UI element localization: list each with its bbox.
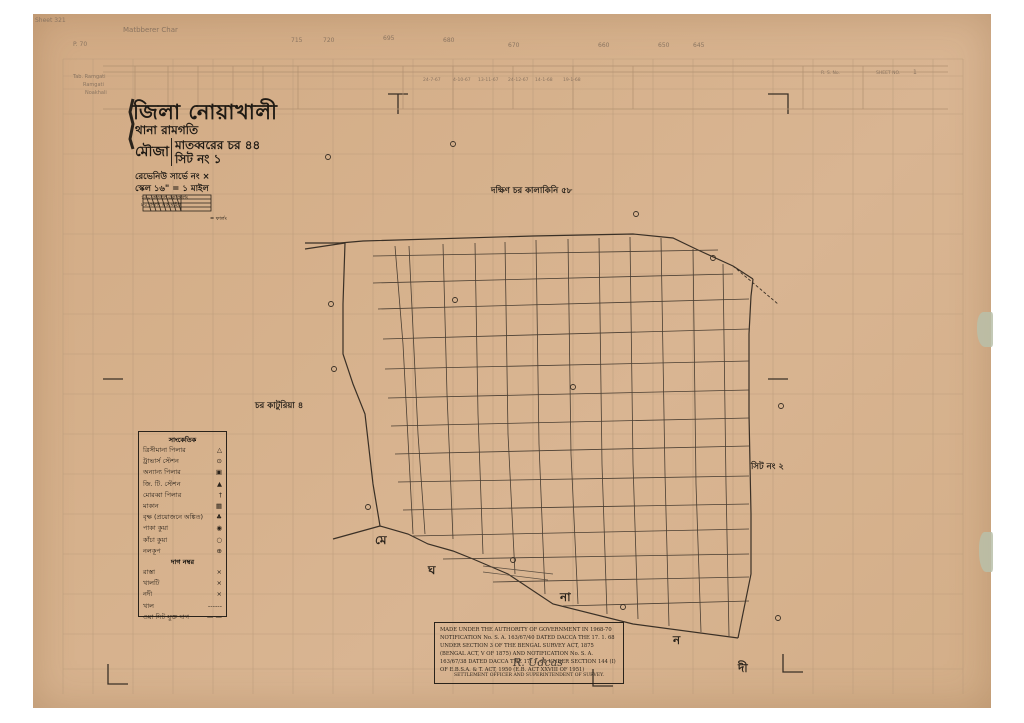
mouza-label: মৌজা bbox=[135, 140, 169, 164]
legend-item: মোরব্বা পিলার† bbox=[143, 490, 222, 501]
header-col-number: 715 bbox=[291, 37, 302, 44]
tubewell-icon: ⊕ bbox=[217, 546, 222, 557]
legend-item: মাকান▦ bbox=[143, 501, 222, 512]
header-entry: 24-7-67 bbox=[423, 78, 441, 83]
kutcha-well-icon: ○ bbox=[216, 535, 222, 546]
legend-item: ত্রিসীমানা পিলার△ bbox=[143, 445, 222, 456]
header-entry: 14-1-68 bbox=[535, 78, 553, 83]
mouza-pencil-note: Matbberer Char bbox=[123, 26, 178, 34]
header-left-number: P. 70 bbox=[73, 41, 87, 48]
header-entry: 4-10-67 bbox=[453, 78, 471, 83]
legend-item: জি. টি. স্টেশন▲ bbox=[143, 479, 222, 490]
pillar-icon: ▣ bbox=[216, 467, 222, 478]
map-scale: স্কেল ১৬" = ১ মাইল bbox=[135, 182, 209, 196]
canal-icon: × bbox=[217, 578, 222, 589]
joined-plot-icon: —·— bbox=[207, 612, 222, 623]
river-label: দী bbox=[738, 660, 748, 680]
mouza-bracket: মাতব্বরের চর ৪৪ সিট নং ১ bbox=[171, 138, 260, 166]
river-label: ঘ bbox=[428, 562, 435, 582]
legend-subtitle: দাগ নম্বর bbox=[143, 557, 222, 567]
traverse-station-icon: ⊙ bbox=[217, 456, 222, 467]
officer-signature: R. Udcas bbox=[513, 659, 563, 667]
legend-boundary: খাল------ bbox=[143, 601, 222, 612]
header-entry: Noakhali bbox=[85, 90, 107, 96]
tri-junction-icon: △ bbox=[217, 445, 222, 456]
legend-boundary: নদী× bbox=[143, 589, 222, 600]
header-entry: Ramgati bbox=[83, 82, 104, 88]
header-entry: 24-12-67 bbox=[508, 78, 528, 83]
khal-icon: ------ bbox=[208, 601, 222, 612]
paper-tear bbox=[979, 532, 993, 572]
header-col-number: 660 bbox=[598, 42, 609, 49]
legend-item: অন্যান্য পিলার▣ bbox=[143, 467, 222, 478]
tree-icon: ♣ bbox=[216, 512, 222, 523]
header-col-number: 695 bbox=[383, 35, 394, 42]
legend-item: নলকূপ⊕ bbox=[143, 546, 222, 557]
gt-station-icon: ▲ bbox=[217, 479, 222, 490]
header-entry: 19-1-68 bbox=[563, 78, 581, 83]
legend-box: সাংকেতিক ত্রিসীমানা পিলার△ ট্রাভার্স স্ট… bbox=[138, 431, 227, 617]
header-col-number: 680 bbox=[443, 37, 454, 44]
east-adjacent-sheet: সিট নং ২ bbox=[751, 460, 784, 474]
river-label: ন bbox=[673, 632, 680, 652]
legend-title: সাংকেতিক bbox=[143, 435, 222, 445]
mouza-name: মাতব্বরের চর ৪৪ bbox=[175, 138, 260, 152]
legend-boundary: খালটি× bbox=[143, 578, 222, 589]
authority-footer: SETTLEMENT OFFICER AND SUPERINTENDENT OF… bbox=[435, 672, 623, 680]
sheet-number: সিট নং ১ bbox=[175, 152, 260, 166]
sheet-corner-note: Sheet 321 bbox=[35, 17, 66, 24]
header-entry: Tab. Ramgati bbox=[73, 74, 106, 80]
sheet-number-value: 1 bbox=[913, 69, 917, 76]
rs-number-label: R. S. No. bbox=[821, 71, 840, 76]
header-col-number: 720 bbox=[323, 37, 334, 44]
river-label: মে bbox=[375, 532, 387, 552]
west-adjacent-mouza: চর কাটুরিয়া ৪ bbox=[255, 399, 303, 413]
header-col-number: 670 bbox=[508, 42, 519, 49]
legend-item: পাকা কুয়া◉ bbox=[143, 523, 222, 534]
road-icon: × bbox=[217, 567, 222, 578]
legend-item: কাঁচা কুয়া○ bbox=[143, 535, 222, 546]
cross-pillar-icon: † bbox=[219, 490, 222, 501]
legend-boundary: রাস্তা× bbox=[143, 567, 222, 578]
legend-item: বৃক্ষ (প্রয়োজনে অঙ্কিত)♣ bbox=[143, 512, 222, 523]
river-label: না bbox=[560, 589, 571, 609]
scale-note: ৮০ ফার্লং এক মাইল bbox=[141, 202, 181, 210]
river-icon: × bbox=[217, 589, 222, 600]
scale-bar-label: = ফার্লং bbox=[210, 216, 227, 224]
paper-tear bbox=[977, 312, 993, 347]
north-adjacent-mouza: দক্ষিণ চর কালাকিনি ৫৮ bbox=[491, 184, 572, 198]
header-col-number: 650 bbox=[658, 42, 669, 49]
house-icon: ▦ bbox=[216, 501, 222, 512]
legend-item: ট্রাভার্স স্টেশন⊙ bbox=[143, 456, 222, 467]
header-col-number: 645 bbox=[693, 42, 704, 49]
sheet-number-label: SHEET NO. bbox=[876, 71, 900, 76]
header-entry: 13-11-67 bbox=[478, 78, 498, 83]
authority-statement: MADE UNDER THE AUTHORITY OF GOVERNMENT I… bbox=[434, 622, 624, 684]
pucca-well-icon: ◉ bbox=[216, 523, 222, 534]
legend-boundary: ওয়া সিট যুক্ত দাগ—·— bbox=[143, 612, 222, 623]
